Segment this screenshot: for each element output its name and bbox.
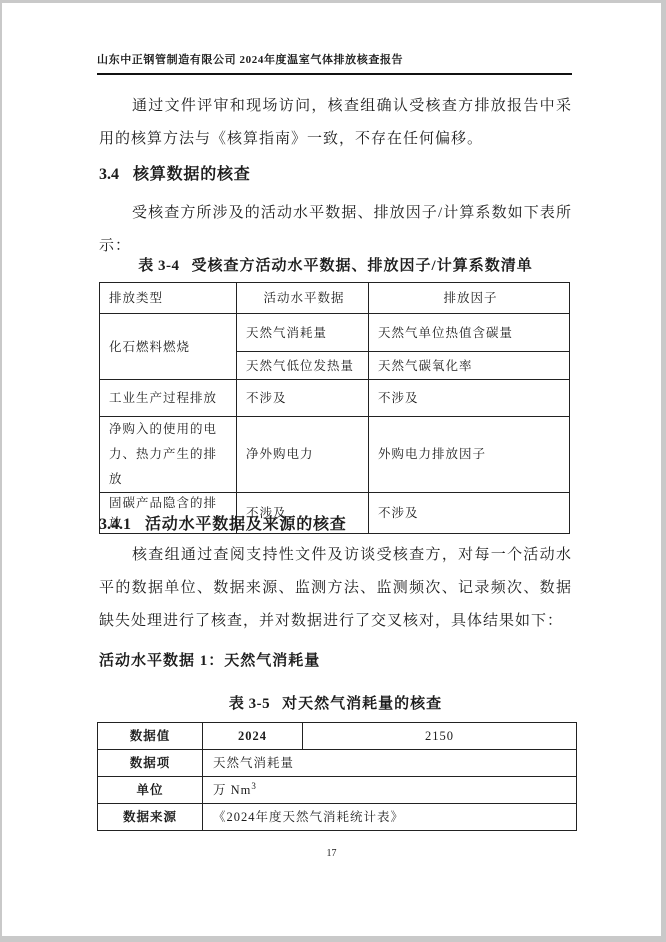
cell-label-data-item: 数据项 [98, 750, 203, 777]
running-header-title: 山东中正钢管制造有限公司 2024年度温室气体排放核查报告 [97, 54, 403, 66]
running-header: 山东中正钢管制造有限公司 2024年度温室气体排放核查报告 [97, 53, 572, 75]
cell-year: 2024 [203, 723, 303, 750]
section-number: 3.4.1 [99, 516, 131, 533]
cell-activity-data: 天然气低位发热量 [237, 352, 369, 380]
table-3-4: 排放类型 活动水平数据 排放因子 化石燃料燃烧 天然气消耗量 天然气单位热值含碳… [99, 282, 570, 534]
table-caption-label: 表 3-5 [229, 696, 270, 712]
table-row: 净购入的使用的电力、热力产生的排放 净外购电力 外购电力排放因子 [100, 417, 570, 493]
cell-emission-factor: 不涉及 [369, 380, 570, 417]
table-row: 排放类型 活动水平数据 排放因子 [100, 283, 570, 314]
cell-emission-factor: 天然气碳氧化率 [369, 352, 570, 380]
cell-label-data-value: 数据值 [98, 723, 203, 750]
unit-superscript: 3 [251, 781, 257, 791]
cell-data-source: 《2024年度天然气消耗统计表》 [203, 804, 577, 831]
section-number: 3.4 [99, 166, 119, 183]
cell-activity-data: 不涉及 [237, 380, 369, 417]
table-3-4-caption: 表 3-4受核查方活动水平数据、排放因子/计算系数清单 [99, 256, 572, 276]
paragraph-method-consistency: 通过文件评审和现场访问，核查组确认受核查方排放报告中采用的核算方法与《核算指南》… [99, 90, 572, 156]
table-3-5: 数据值 2024 2150 数据项 天然气消耗量 单位 万 Nm3 数据来源 《… [97, 722, 577, 831]
section-title: 核算数据的核查 [133, 166, 251, 183]
cell-emission-type: 工业生产过程排放 [100, 380, 237, 417]
cell-data-item: 天然气消耗量 [203, 750, 577, 777]
table-caption-title: 受核查方活动水平数据、排放因子/计算系数清单 [192, 258, 533, 274]
cell-activity-data: 净外购电力 [237, 417, 369, 493]
table-row: 数据项 天然气消耗量 [98, 750, 577, 777]
cell-unit: 万 Nm3 [203, 777, 577, 804]
cell-label-unit: 单位 [98, 777, 203, 804]
section-title: 活动水平数据及来源的核查 [145, 516, 347, 533]
section-heading-3-4: 3.4核算数据的核查 [99, 164, 572, 186]
activity-data-label: 活动水平数据 1：天然气消耗量 [99, 651, 572, 671]
col-header-emission-factor: 排放因子 [369, 283, 570, 314]
table-row: 化石燃料燃烧 天然气消耗量 天然气单位热值含碳量 [100, 314, 570, 352]
paragraph-table-intro: 受核查方所涉及的活动水平数据、排放因子/计算系数如下表所示： [99, 197, 572, 263]
paragraph-verification-detail: 核查组通过查阅支持性文件及访谈受核查方，对每一个活动水平的数据单位、数据来源、监… [99, 539, 572, 638]
unit-text: 万 Nm [213, 783, 251, 797]
cell-data-value: 2150 [303, 723, 577, 750]
table-row: 工业生产过程排放 不涉及 不涉及 [100, 380, 570, 417]
cell-emission-type: 化石燃料燃烧 [100, 314, 237, 380]
table-caption-title: 对天然气消耗量的核查 [282, 696, 442, 712]
cell-emission-type: 净购入的使用的电力、热力产生的排放 [100, 417, 237, 493]
cell-activity-data: 天然气消耗量 [237, 314, 369, 352]
col-header-activity-data: 活动水平数据 [237, 283, 369, 314]
col-header-emission-type: 排放类型 [100, 283, 237, 314]
table-3-5-caption: 表 3-5对天然气消耗量的核查 [99, 694, 572, 714]
document-page: 山东中正钢管制造有限公司 2024年度温室气体排放核查报告 通过文件评审和现场访… [2, 3, 661, 936]
table-caption-label: 表 3-4 [138, 258, 179, 274]
cell-label-data-source: 数据来源 [98, 804, 203, 831]
table-row: 数据来源 《2024年度天然气消耗统计表》 [98, 804, 577, 831]
page-number: 17 [2, 848, 661, 860]
table-row: 数据值 2024 2150 [98, 723, 577, 750]
section-heading-3-4-1: 3.4.1活动水平数据及来源的核查 [99, 514, 572, 536]
cell-emission-factor: 天然气单位热值含碳量 [369, 314, 570, 352]
cell-emission-factor: 外购电力排放因子 [369, 417, 570, 493]
table-row: 单位 万 Nm3 [98, 777, 577, 804]
